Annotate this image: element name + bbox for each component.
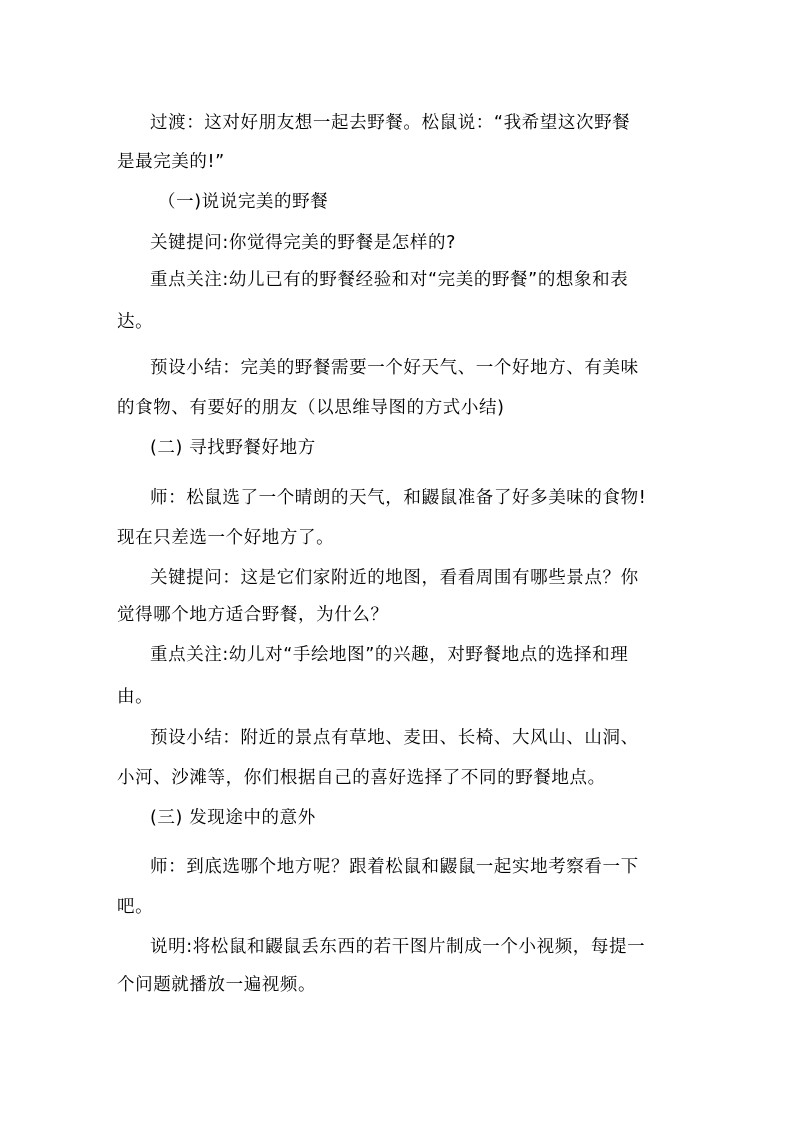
- summary-1-line-1: 预设小结：完美的野餐需要一个好天气、一个好地方、有美味: [150, 358, 639, 378]
- key-question-1: 关键提问:你觉得完美的野餐是怎样的?: [150, 233, 456, 253]
- key-question-2-line-2: 觉得哪个地方适合野餐，为什么？: [117, 605, 389, 625]
- focus-point-1-line-2: 达。: [117, 312, 153, 332]
- explanation-line-2: 个问题就播放一遍视频。: [117, 975, 316, 995]
- section-heading-2: (二) 寻找野餐好地方: [150, 438, 316, 458]
- summary-2-line-2: 小河、沙滩等，你们根据自己的喜好选择了不同的野餐地点。: [117, 768, 606, 788]
- focus-point-2-line-2: 由。: [117, 687, 153, 707]
- explanation-line-1: 说明:将松鼠和鼹鼠丢东西的若干图片制成一个小视频，每提一: [150, 937, 645, 957]
- section-heading-1: （一)说说完美的野餐: [158, 192, 328, 212]
- summary-1-line-2: 的食物、有要好的朋友（以思维导图的方式小结): [117, 398, 505, 418]
- document-page: 过渡：这对好朋友想一起去野餐。松鼠说：“我希望这次野餐 是最完美的!” （一)说…: [0, 0, 794, 1123]
- focus-point-1-line-1: 重点关注:幼儿已有的野餐经验和对“完美的野餐”的想象和表: [150, 270, 628, 290]
- teacher-line-2: 现在只差选一个好地方了。: [117, 528, 334, 548]
- paragraph-transition-line-2: 是最完美的!”: [117, 152, 225, 172]
- paragraph-transition-line-1: 过渡：这对好朋友想一起去野餐。松鼠说：“我希望这次野餐: [150, 113, 630, 133]
- key-question-2-line-1: 关键提问：这是它们家附近的地图，看看周围有哪些景点？你: [150, 568, 639, 588]
- section-heading-3: (三) 发现途中的意外: [150, 808, 316, 828]
- teacher-line-1: 师：松鼠选了一个晴朗的天气，和鼹鼠准备了好多美味的食物!: [150, 488, 646, 508]
- teacher-line-3: 师：到底选哪个地方呢？跟着松鼠和鼹鼠一起实地考察看一下: [150, 857, 639, 877]
- teacher-line-4: 吧。: [117, 897, 153, 917]
- summary-2-line-1: 预设小结：附近的景点有草地、麦田、长椅、大风山、山洞、: [150, 728, 639, 748]
- focus-point-2-line-1: 重点关注:幼儿对“手绘地图”的兴趣，对野餐地点的选择和理: [150, 645, 628, 665]
